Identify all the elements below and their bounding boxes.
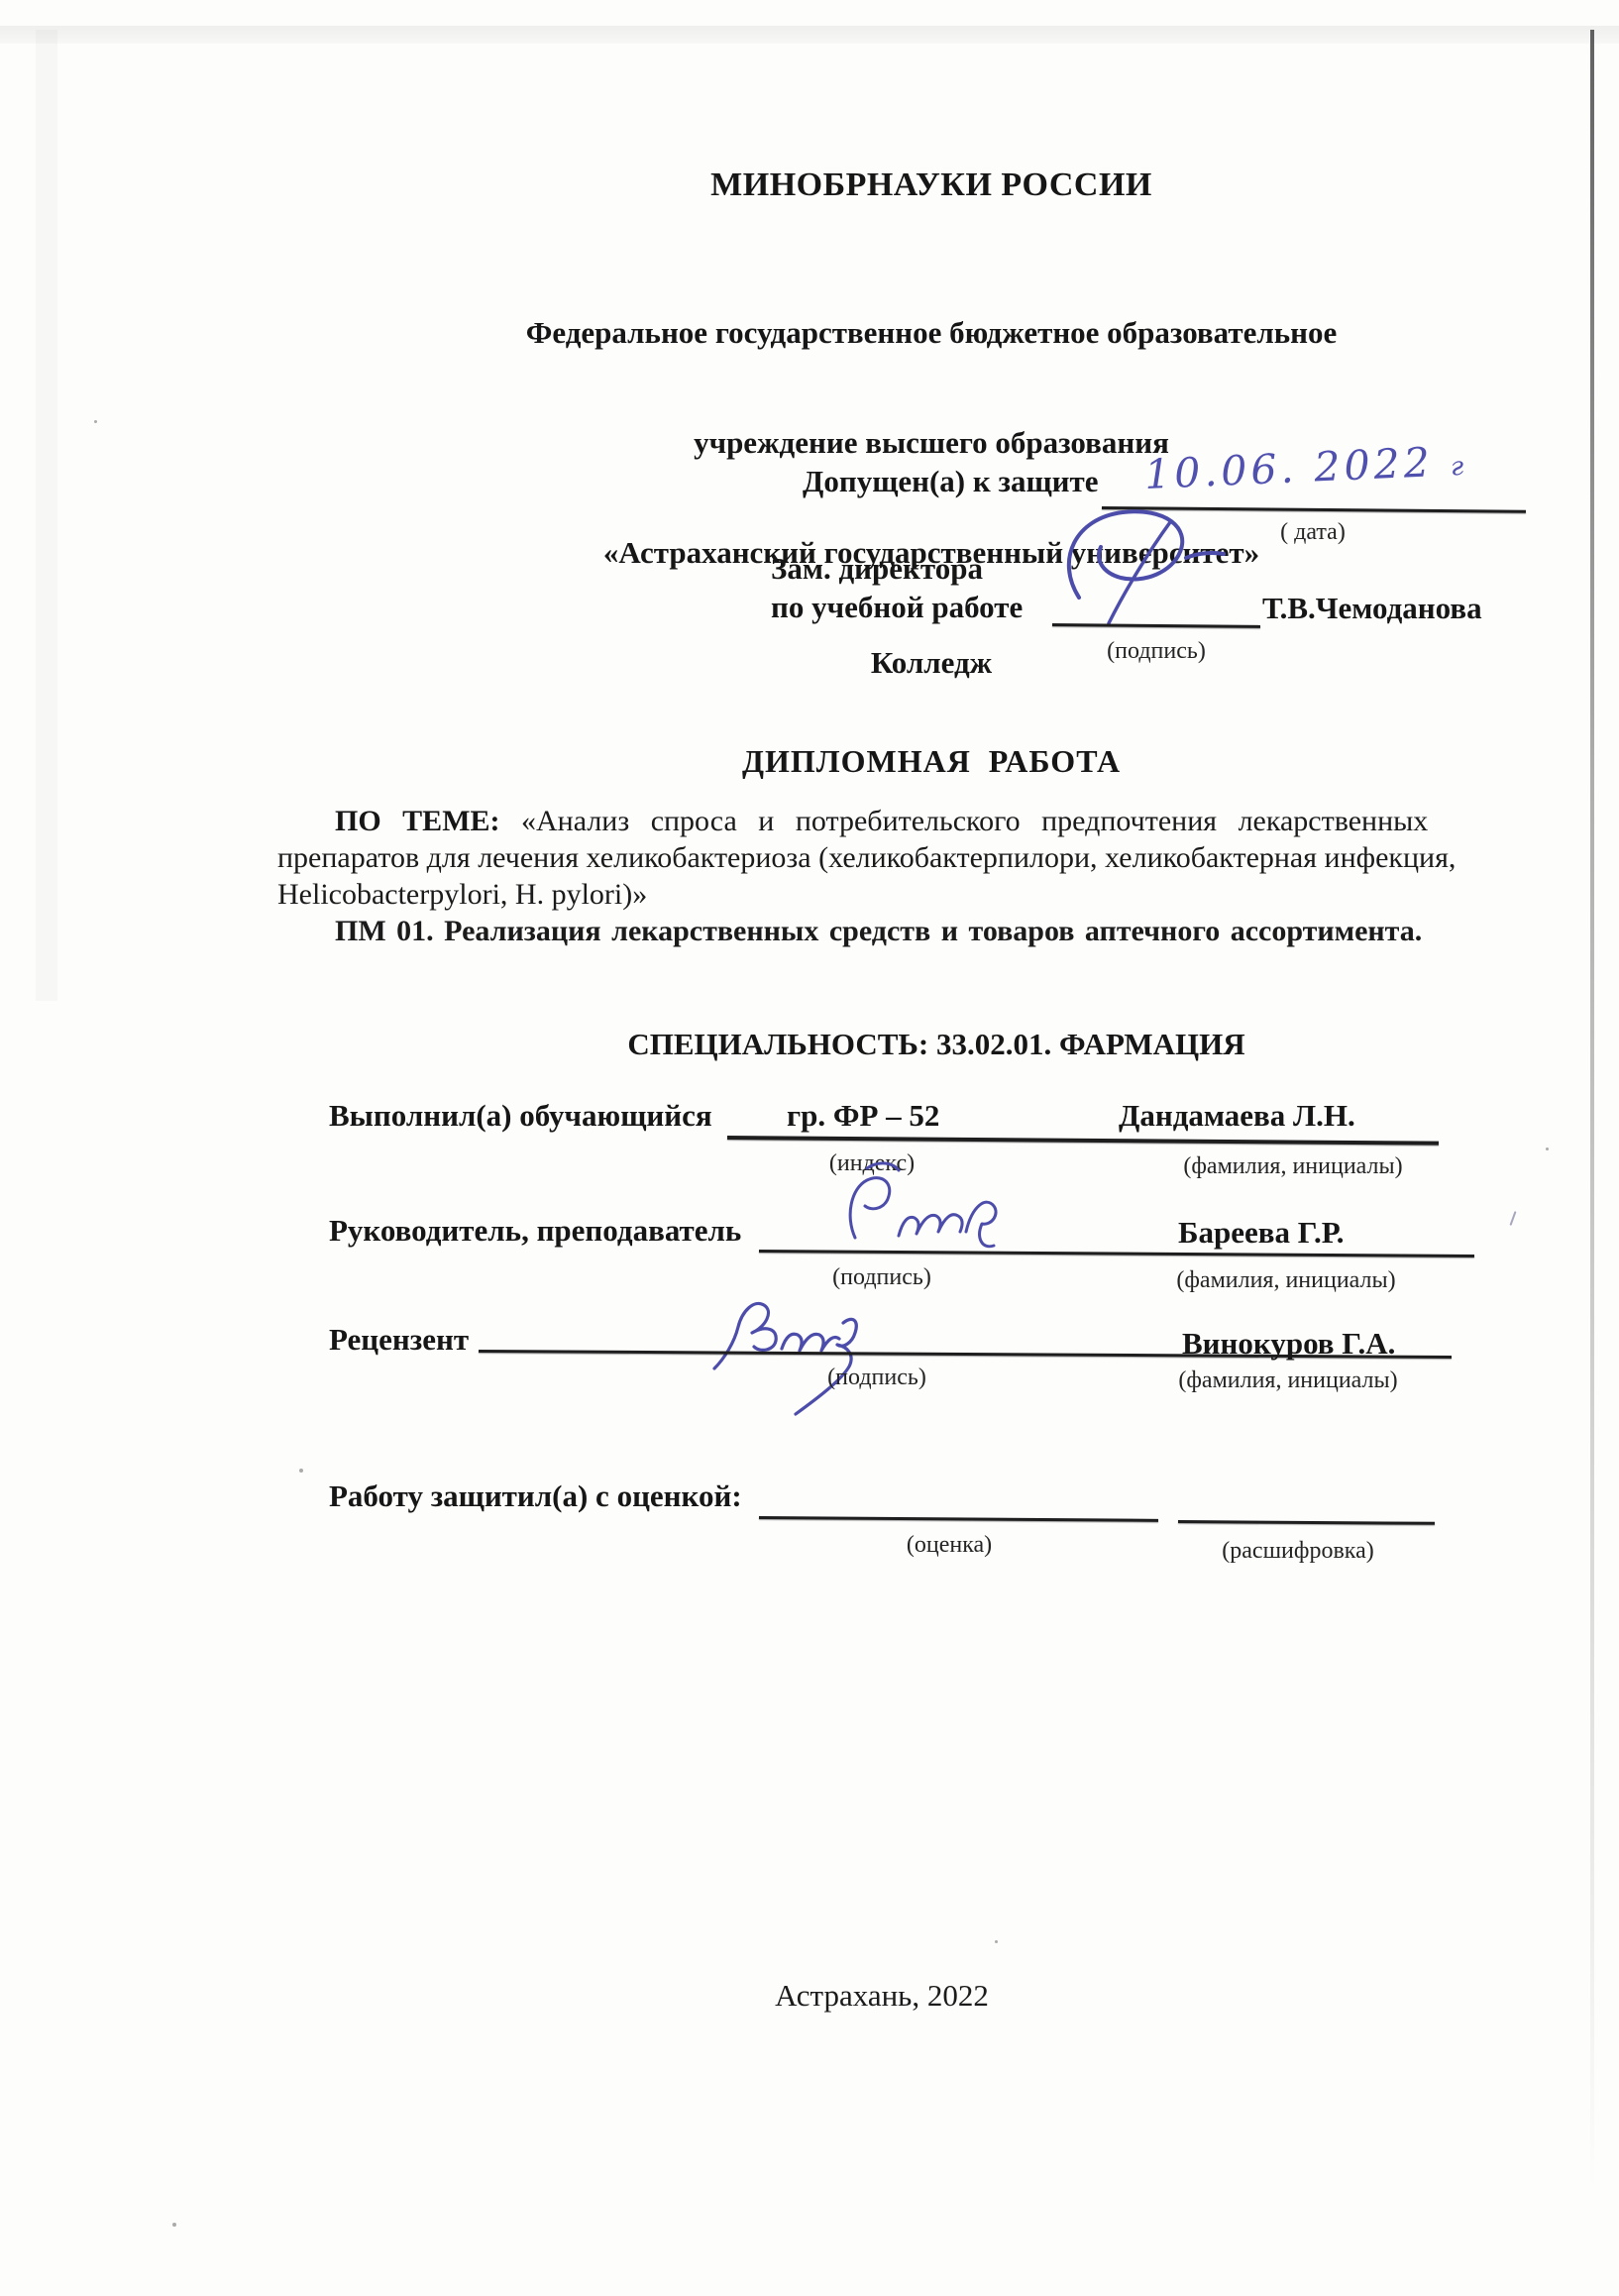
- org-line-1: Федеральное государственное бюджетное об…: [526, 314, 1338, 351]
- supervisor-signature: [837, 1152, 1011, 1261]
- student-line: [727, 1136, 1439, 1146]
- scanned-title-page: МИНОБРНАУКИ РОССИИ Федеральное государст…: [0, 0, 1619, 2296]
- topic-line-1: ПО ТЕМЕ: «Анализ спроса и потребительско…: [335, 805, 1428, 838]
- admission-label: Допущен(а) к защите: [803, 464, 1098, 499]
- scan-speck: [1546, 1148, 1549, 1150]
- scan-left-shadow: [36, 30, 57, 1001]
- student-label: Выполнил(а) обучающийся: [329, 1098, 712, 1134]
- date-suffix: г: [1450, 452, 1463, 483]
- supervisor-signature-caption: (подпись): [832, 1264, 931, 1291]
- reviewer-label: Рецензент: [329, 1322, 469, 1358]
- transcript-line: [1178, 1520, 1435, 1525]
- reviewer-signature: [708, 1293, 907, 1422]
- specialty-heading: СПЕЦИАЛЬНОСТЬ: 33.02.01. ФАРМАЦИЯ: [627, 1027, 1244, 1062]
- stray-pen-mark: [1509, 1211, 1516, 1226]
- reviewer-signature-caption: (подпись): [827, 1365, 926, 1391]
- scan-speck: [299, 1469, 303, 1473]
- reviewer-name-caption: (фамилия, инициалы): [1178, 1367, 1397, 1394]
- org-line-4: Колледж: [526, 644, 1338, 681]
- student-name-caption: (фамилия, инициалы): [1183, 1153, 1402, 1180]
- ministry-heading: МИНОБРНАУКИ РОССИИ: [710, 166, 1152, 204]
- grade-label: Работу защитил(а) с оценкой:: [329, 1478, 742, 1514]
- director-title-line2: по учебной работе: [771, 590, 1023, 625]
- scan-top-band: [0, 26, 1619, 44]
- director-title-line1: Зам. директора: [771, 551, 983, 587]
- reviewer-name: Винокуров Г.А.: [1182, 1326, 1395, 1362]
- date-caption: ( дата): [1280, 519, 1346, 546]
- city-year-footer: Астрахань, 2022: [775, 1978, 989, 2014]
- supervisor-name-caption: (фамилия, инициалы): [1176, 1267, 1395, 1294]
- scan-speck: [172, 2223, 176, 2227]
- topic-line-1-rest: «Анализ спроса и потребительского предпо…: [500, 805, 1429, 837]
- module-line: ПМ 01. Реализация лекарственных средств …: [335, 915, 1422, 948]
- scan-speck: [94, 420, 97, 423]
- scan-speck: [995, 1940, 998, 1943]
- topic-line-3: Helicobacterpylori, H. pylori)»: [277, 878, 647, 912]
- student-group: гр. ФР – 52: [787, 1098, 939, 1134]
- transcript-caption: (расшифровка): [1222, 1538, 1373, 1565]
- director-signature-caption: (подпись): [1107, 638, 1206, 665]
- scan-edge-line: [1590, 30, 1594, 2190]
- topic-line-2: препаратов для лечения хеликобактериоза …: [277, 841, 1456, 875]
- supervisor-name: Бареева Г.Р.: [1178, 1215, 1345, 1251]
- work-title: ДИПЛОМНАЯ РАБОТА: [742, 743, 1121, 780]
- director-signature: [1045, 500, 1258, 629]
- grade-line: [759, 1516, 1158, 1522]
- grade-caption: (оценка): [907, 1532, 992, 1559]
- student-name: Дандамаева Л.Н.: [1119, 1098, 1355, 1134]
- supervisor-label: Руководитель, преподаватель: [329, 1213, 741, 1249]
- director-name: Т.В.Чемоданова: [1262, 591, 1482, 626]
- topic-lead: ПО ТЕМЕ:: [335, 805, 500, 837]
